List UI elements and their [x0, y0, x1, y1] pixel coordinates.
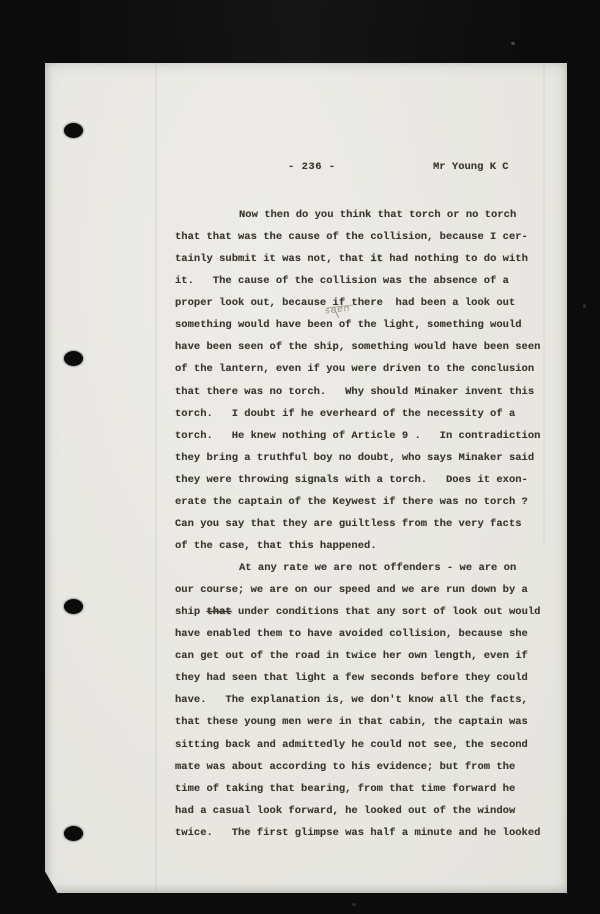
text-segment: have been seen of the ship, something wo… — [175, 341, 540, 353]
punch-hole — [64, 351, 83, 366]
speaker-name: Mr Young K C — [433, 161, 509, 173]
text-line: of the lantern, even if you were driven … — [175, 358, 555, 380]
text-segment: our course; we are on our speed and we a… — [175, 584, 528, 596]
text-segment: had nothing to do with — [383, 253, 528, 265]
text-segment: something would have been of the light, … — [175, 319, 522, 331]
text-line: tainly submit it was not, that it had no… — [175, 248, 555, 270]
text-line: Can you say that they are guiltless from… — [175, 513, 555, 535]
text-segment: they had seen that light a few seconds b… — [175, 672, 528, 684]
text-line: something would have been of the light, … — [175, 314, 555, 336]
text-segment: they bring a truthful boy no doubt, who … — [175, 452, 534, 464]
text-line: ship that under conditions that any sort… — [175, 601, 555, 623]
text-segment: have enabled them to have avoided collis… — [175, 628, 528, 640]
text-line: that these young men were in that cabin,… — [175, 711, 555, 733]
punch-hole — [64, 123, 83, 138]
punch-hole — [64, 826, 83, 841]
page-header: - 236 - Mr Young K C — [45, 161, 567, 183]
text-line: have. The explanation is, we don't know … — [175, 689, 555, 711]
text-line: it. The cause of the collision was the a… — [175, 270, 555, 292]
text-segment: mate was about according to his evidence… — [175, 761, 515, 773]
text-segment: that there was no torch. Why should Mina… — [175, 386, 534, 398]
text-segment: torch. He knew nothing of Article 9 . In… — [175, 430, 540, 442]
text-line: mate was about according to his evidence… — [175, 756, 555, 778]
text-line: time of taking that bearing, from that t… — [175, 778, 555, 800]
scan-speck — [511, 42, 515, 45]
text-segment: tainly submit it was not, that — [175, 253, 370, 265]
text-segment: sitting back and admittedly he could not… — [175, 739, 528, 751]
text-segment: twice. The first glimpse was half a minu… — [175, 827, 540, 839]
scan-speck — [352, 903, 356, 906]
text-line: At any rate we are not offenders - we ar… — [175, 557, 555, 579]
text-line: torch. I doubt if he everheard of the ne… — [175, 403, 555, 425]
text-line: they had seen that light a few seconds b… — [175, 667, 555, 689]
text-line: can get out of the road in twice her own… — [175, 645, 555, 667]
text-segment: time of taking that bearing, from that t… — [175, 783, 515, 795]
text-segment: torch. I doubt if he everheard of the ne… — [175, 408, 515, 420]
text-line: proper look out, because if there had be… — [175, 292, 555, 314]
text-segment: erate the captain of the Keywest if ther… — [175, 496, 528, 508]
text-line: have been seen of the ship, something wo… — [175, 336, 555, 358]
text-segment: At any rate we are not offenders - we ar… — [239, 562, 516, 574]
text-line: that that was the cause of the collision… — [175, 226, 555, 248]
text-line: sitting back and admittedly he could not… — [175, 734, 555, 756]
text-line: erate the captain of the Keywest if ther… — [175, 491, 555, 513]
text-segment: that these young men were in that cabin,… — [175, 716, 528, 728]
punch-hole — [64, 599, 83, 614]
scan-speck — [583, 304, 586, 308]
text-segment: of the lantern, even if you were driven … — [175, 363, 534, 375]
text-line: twice. The first glimpse was half a minu… — [175, 822, 555, 844]
struck-word: that — [207, 606, 232, 618]
text-segment: Can you say that they are guiltless from… — [175, 518, 522, 530]
text-segment: they were throwing signals with a torch.… — [175, 474, 528, 486]
text-segment: it. The cause of the collision was the a… — [175, 275, 509, 287]
text-line: had a casual look forward, he looked out… — [175, 800, 555, 822]
text-line: torch. He knew nothing of Article 9 . In… — [175, 425, 555, 447]
text-line: they were throwing signals with a torch.… — [175, 469, 555, 491]
text-segment: of the case, that this happened. — [175, 540, 377, 552]
text-line: have enabled them to have avoided collis… — [175, 623, 555, 645]
text-line: that there was no torch. Why should Mina… — [175, 381, 555, 403]
text-segment: that that was the cause of the collision… — [175, 231, 528, 243]
document-page: - 236 - Mr Young K C Now then do you thi… — [45, 63, 567, 893]
handwritten-insertion: seen — [325, 297, 350, 316]
text-line: they bring a truthful boy no doubt, who … — [175, 447, 555, 469]
text-line: of the case, that this happened. — [175, 535, 555, 557]
typed-text: Now then do you think that torch or no t… — [175, 204, 555, 844]
text-segment: had a casual look forward, he looked out… — [175, 805, 515, 817]
text-segment: it — [370, 253, 383, 265]
text-segment: Now then do you think that torch or no t… — [239, 209, 516, 221]
paper-crease — [155, 63, 157, 893]
text-segment: have. The explanation is, we don't know … — [175, 694, 528, 706]
text-segment: under conditions that any sort of look o… — [232, 606, 541, 618]
text-segment: ship — [175, 606, 207, 618]
text-line: Now then do you think that torch or no t… — [175, 204, 555, 226]
text-segment: can get out of the road in twice her own… — [175, 650, 528, 662]
text-line: our course; we are on our speed and we a… — [175, 579, 555, 601]
page-number: - 236 - — [288, 161, 336, 173]
